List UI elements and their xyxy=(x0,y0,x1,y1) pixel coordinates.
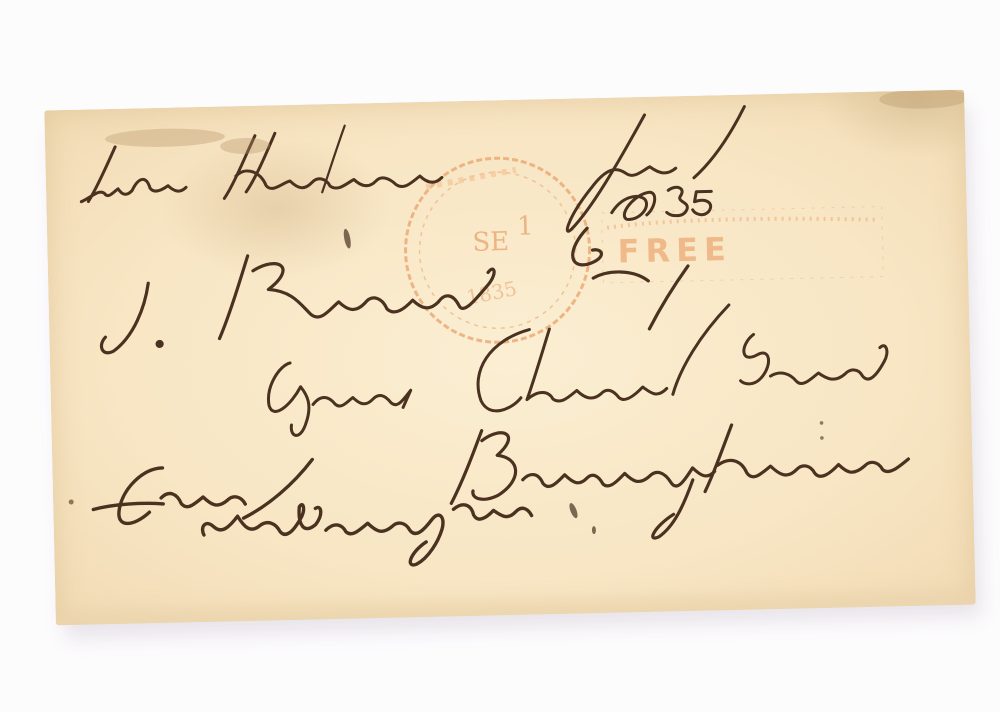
city-script xyxy=(450,421,910,543)
paper-stains xyxy=(104,90,970,157)
handwriting xyxy=(44,90,975,626)
street-script xyxy=(267,301,889,436)
dateline-script xyxy=(80,107,748,243)
year-script xyxy=(611,187,712,220)
addressee-script xyxy=(99,226,690,353)
photo-scene: SE 1 1835 FREE xyxy=(0,0,1000,712)
envelope: SE 1 1835 FREE xyxy=(44,90,975,626)
